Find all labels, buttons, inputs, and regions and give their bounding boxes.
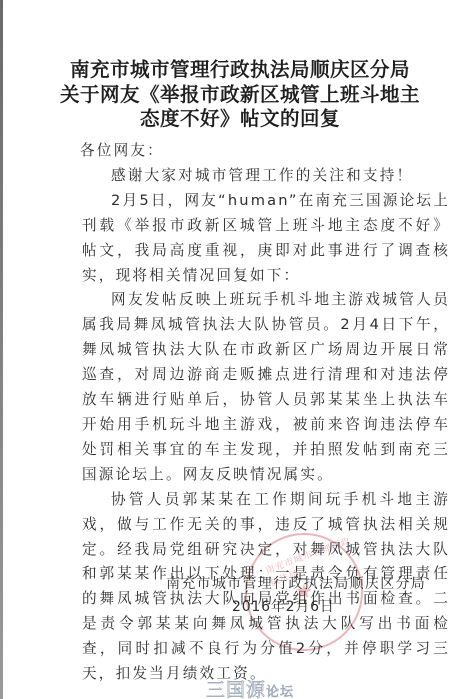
title-line-1: 南充市城市管理行政执法局顺庆区分局 [40, 58, 440, 83]
title-line-2: 关于网友《举报市政新区城管上班斗地主 [40, 83, 440, 108]
forum-watermark: 三国源论坛 [206, 675, 294, 699]
watermark-main: 三国源 [206, 679, 266, 699]
paragraph-background: 2月5日，网友“human”在南充三国源论坛上刊载《举报市政新区城管上班斗地主态… [82, 189, 450, 289]
paragraph-thanks: 感谢大家对城市管理工作的关注和支持！ [82, 164, 450, 189]
signature-date: 2016年2月6日 [166, 596, 426, 619]
paragraph-findings: 网友发帖反映上班玩手机斗地主游戏城管人员属我局舞凤城管执法大队协管员。2月4日下… [82, 288, 450, 487]
signature-organization: 南充市城市管理行政执法局顺庆区分局 [166, 573, 426, 596]
salutation: 各位网友： [80, 139, 450, 164]
title-line-3: 态度不好》帖文的回复 [40, 107, 440, 132]
watermark-suffix: 论坛 [266, 685, 294, 699]
document-page: 南充市城市管理行政执法局顺庆区分局 关于网友《举报市政新区城管上班斗地主 态度不… [0, 0, 467, 699]
signature-block: 南充市城市管理行政执法局顺庆区分局 2016年2月6日 [166, 573, 426, 619]
document-title: 南充市城市管理行政执法局顺庆区分局 关于网友《举报市政新区城管上班斗地主 态度不… [40, 58, 440, 132]
